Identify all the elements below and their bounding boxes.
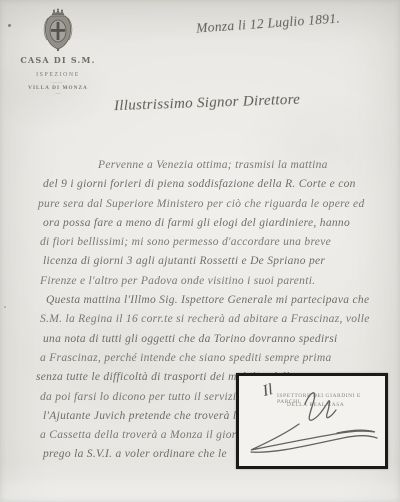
body-line: licenza di giorni 3 agli ajutanti Rosset… (43, 252, 388, 271)
body-line: S.M. la Regina il 16 corr.te si recherà … (40, 310, 388, 329)
signature-flourish-icon (239, 376, 385, 466)
body-line: ora possa fare a meno di farmi gli elogi… (43, 214, 388, 233)
body-line: una nota di tutti gli oggetti che da Tor… (43, 330, 388, 349)
letterhead-org: CASA DI S.M. (12, 55, 104, 65)
scanned-letter-page: CASA DI S.M. ISPEZIONE ·——· VILLA DI MON… (0, 0, 400, 502)
signature-stamp-box: Il Ispettore dei Giardini e Parchi della… (236, 373, 388, 469)
scan-speck (4, 306, 6, 308)
letterhead-separator: ·——· (12, 79, 104, 84)
scan-speck (8, 24, 11, 27)
body-line: a Frascinaz, perché intende che siano sp… (40, 349, 388, 368)
royal-coat-of-arms-icon (39, 6, 77, 52)
body-line: pure sera dal Superiore Ministero per ci… (38, 195, 388, 214)
dateline: Monza li 12 Luglio 1891. (196, 7, 387, 36)
salutation: Illustrissimo Signor Direttore (114, 90, 354, 115)
body-line: del 9 i giorni forieri di piena soddisfa… (43, 175, 388, 194)
letterhead-flourish: — (12, 92, 104, 97)
body-line: di fiori bellissimi; mi sono permesso d'… (40, 233, 388, 252)
body-line: Questa mattina l'Illmo Sig. Ispettore Ge… (46, 291, 388, 310)
body-line: Pervenne a Venezia ottima; trasmisi la m… (98, 156, 388, 175)
letterhead: CASA DI S.M. ISPEZIONE ·——· VILLA DI MON… (12, 6, 104, 97)
letterhead-office: VILLA DI MONZA (12, 85, 104, 91)
body-line: Firenze e l'altro per Padova onde visiti… (40, 272, 388, 291)
letterhead-dept: ISPEZIONE (12, 72, 104, 78)
